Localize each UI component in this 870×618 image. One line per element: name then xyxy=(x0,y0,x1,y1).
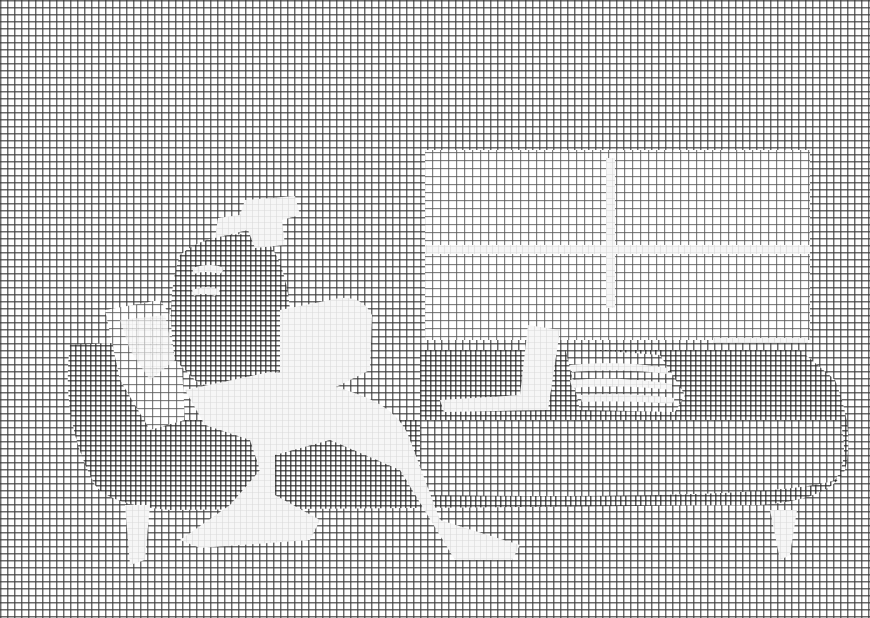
window-frame-horizontal xyxy=(425,245,810,254)
person-torso xyxy=(171,234,290,385)
crosshatch-illustration xyxy=(0,0,870,618)
window-frame-vertical xyxy=(606,158,615,308)
window xyxy=(425,150,810,343)
